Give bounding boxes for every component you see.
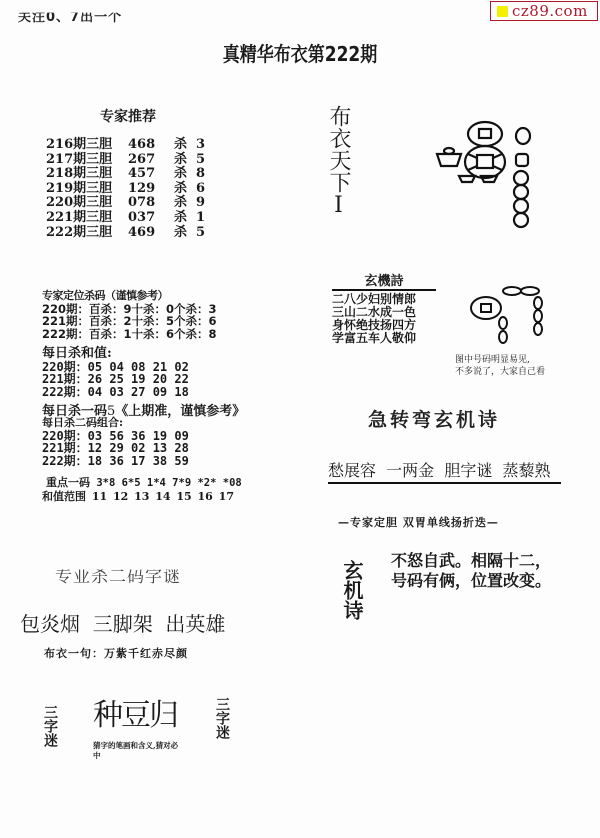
list-item: 221期：12 29 02 13 28: [42, 442, 189, 455]
list-item: 222期：百杀：1十杀：6个杀：8: [42, 328, 217, 341]
list-item: 217期三胆267杀5: [46, 153, 205, 168]
logo-square-icon: [497, 6, 508, 17]
three-char-label-left: 三字迷: [40, 705, 60, 747]
daily-kill-pair-title: 每日杀二码组合:: [42, 417, 189, 430]
kill-two-riddles: 包炎烟 三脚架 出英雄: [20, 608, 240, 637]
three-char-riddle: 种豆归: [93, 690, 177, 734]
list-item: 218期三胆457杀8: [46, 167, 205, 182]
buyi-world-title: 布衣天下I: [325, 105, 352, 218]
mystic-poem-title: 玄機詩: [332, 275, 436, 291]
top-note: 关注0、7出一个: [18, 6, 122, 25]
xuanji-poem-text: 不怒自武。相隔十二， 号码有俩，位置改变。: [391, 551, 551, 591]
position-kill-block: 专家定位杀码（谨慎参考） 220期：百杀：9十杀：0个杀：3 221期：百杀：2…: [42, 290, 217, 340]
chain-note: 图中号码明显易见, 不多说了，大家自己看: [455, 354, 545, 378]
poem-line: 不怒自武。相隔十二，: [391, 551, 551, 571]
three-char-label-right: 三字迷: [212, 697, 232, 739]
xuanji-poem-label: 玄机诗: [335, 560, 369, 620]
list-item: 222期：04 03 27 09 18: [42, 386, 189, 399]
position-kill-title: 专家定位杀码（谨慎参考）: [42, 290, 217, 303]
watermark-logo[interactable]: cz89.com: [490, 1, 598, 21]
brain-teaser-title: 急转弯玄机诗: [368, 405, 500, 432]
expert-recommend-title: 专家推荐: [100, 106, 156, 126]
list-item: 222期：18 36 17 38 59: [42, 455, 189, 468]
expert-recommend-list: 216期三胆468杀3 217期三胆267杀5 218期三胆457杀8 219期…: [46, 138, 205, 240]
daily-kill-pair-block: 每日杀二码组合: 220期：03 56 36 19 09 221期：12 29 …: [42, 417, 189, 467]
brain-teaser-riddles: 愁展容 一两金 胆字谜 蒸藜熟: [328, 458, 561, 484]
list-item: 221期：百杀：2十杀：5个杀：6: [42, 315, 217, 328]
buyi-sentence: 布衣一句：万紫千红赤尽颜: [44, 645, 188, 661]
list-item: 220期三胆078杀9: [46, 196, 205, 211]
daily-sum-kill-title: 每日杀和值:: [42, 348, 189, 361]
list-item: 216期三胆468杀3: [46, 138, 205, 153]
page-title: 真精华布衣第222期: [45, 38, 555, 67]
expert-bar: —专家定胆 双胃单线扬折迭—: [338, 514, 499, 530]
coin-chain-icon: [470, 285, 550, 347]
list-item: 221期三胆037杀1: [46, 211, 205, 226]
daily-sum-kill-block: 每日杀和值: 220期：05 04 08 21 02 221期：26 25 19…: [42, 348, 189, 398]
sum-range: 和值范围 11 12 13 14 15 16 17: [42, 488, 234, 504]
three-char-hint: 猜字的笔画和含义,猜对必中: [93, 741, 181, 761]
mystic-poem: 玄機詩 二八少妇别情郎 三山二水成一色 身怀绝技扬四方 学富五车人敬仰: [332, 275, 436, 345]
poem-line: 学富五车人敬仰: [332, 332, 436, 345]
poem-line: 号码有俩，位置改变。: [391, 571, 551, 591]
list-item: 222期三胆469杀5: [46, 226, 205, 241]
coins-ingots-icon: [435, 120, 545, 230]
list-item: 221期：26 25 19 20 22: [42, 373, 189, 386]
kill-two-riddle-title: 专业杀二码字谜: [55, 562, 181, 587]
logo-text: cz89.com: [512, 2, 588, 20]
